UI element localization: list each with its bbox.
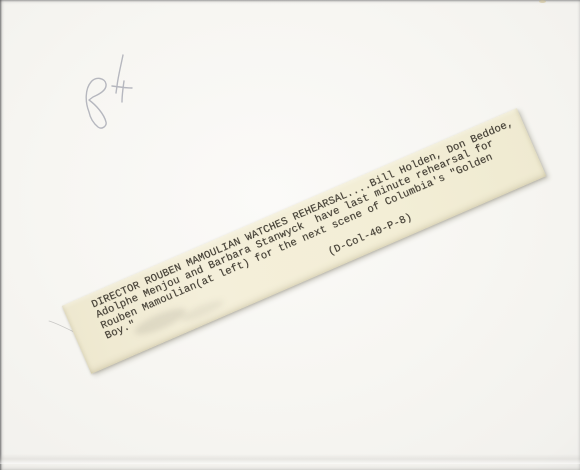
typed-caption-slip: DIRECTOR ROUBEN MAMOULIAN WATCHES REHEAR… bbox=[62, 108, 546, 374]
scan-edge-left bbox=[0, 0, 2, 470]
scan-edge-top bbox=[0, 0, 580, 2]
reference-code: (D-Col-40-P-8) bbox=[108, 156, 542, 353]
paper-speck bbox=[539, 0, 546, 3]
caption-line-2: Adolphe Menjou and Barbara Stanwyck have… bbox=[95, 125, 529, 322]
caption-line-3: Rouben Mamoulian(at left) for the next s… bbox=[99, 136, 533, 333]
photo-verso-scan: DIRECTOR ROUBEN MAMOULIAN WATCHES REHEAR… bbox=[0, 0, 580, 470]
pencil-annotation-r4 bbox=[70, 48, 160, 148]
caption-line-4: Boy." bbox=[104, 146, 538, 343]
scan-edge-bottom bbox=[0, 454, 580, 464]
